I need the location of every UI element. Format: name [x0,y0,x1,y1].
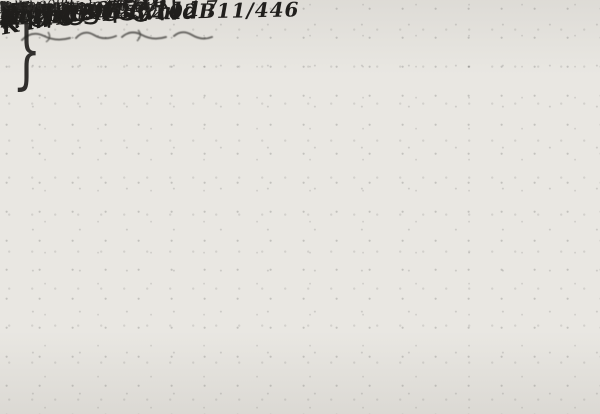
scan-shading [0,0,600,414]
print-code: K. 1380 [0,0,43,12]
paper-grain [0,0,600,414]
medal-index-card: HOUSTON A· O Corps. Rank. Regtl. No. R. … [0,0,600,414]
